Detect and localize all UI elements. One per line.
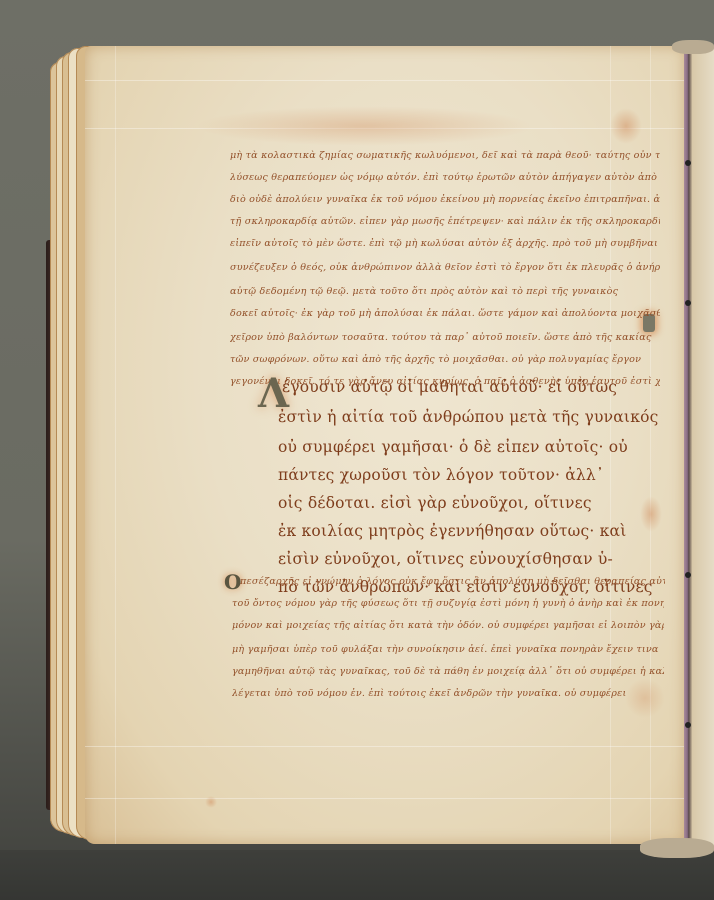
text-line: πεσέζαρχῆς εἰ γνώμην ὁ λόγος οὐκ ἔφη ὅστ… [240, 576, 665, 587]
text-line: δοκεῖ αὐτοῖς· ἐκ γὰρ τοῦ μὴ ἀπολύσαι ἐκ … [230, 308, 660, 319]
text-line: γαμηθῆναι αὐτῷ τὰς γυναῖκας, τοῦ δὲ τὰ π… [232, 666, 664, 677]
text-line: τῶν σωφρόνων. οὕτω καὶ ἀπὸ τῆς ἀρχῆς τὸ … [230, 354, 660, 365]
stain [610, 108, 642, 144]
text-line: πάντες χωροῦσι τὸν λόγον τοῦτον· ἀλλ᾽ [278, 466, 658, 484]
decorated-initial: Ο [224, 570, 241, 594]
facing-page-edge [692, 48, 714, 848]
binding-stitch [685, 722, 691, 728]
ruling-line [85, 746, 685, 747]
text-line: εἰσὶν εὐνοῦχοι, οἵτινες εὐνουχίσθησαν ὑ- [278, 550, 658, 568]
background-shadow [0, 850, 714, 900]
ruling-line [115, 46, 116, 844]
text-line: τῇ σκληροκαρδίᾳ αὐτῶν. εἶπεν γὰρ μωσῆς ἐ… [230, 216, 660, 227]
text-line: διὸ οὐδὲ ἀπολύειν γυναῖκα ἐκ τοῦ νόμου ἐ… [230, 194, 660, 205]
stain [205, 796, 217, 808]
binding-stitch [685, 160, 691, 166]
binding-stitch [685, 300, 691, 306]
text-line: έγουσιν αὐτῷ οἱ μαθηταὶ αὐτοῦ· εἰ οὕτως [282, 378, 662, 396]
text-line: μὴ γαμῆσαι ὑπὲρ τοῦ φυλάξαι τὴν συνοίκησ… [232, 644, 664, 655]
binding-thread [672, 40, 714, 54]
ruling-line [85, 80, 685, 81]
text-line: εἰπεῖν αὐτοῖς τὸ μὲν ὥστε. ἐπὶ τῷ μὴ κωλ… [230, 238, 660, 249]
stain [195, 106, 535, 146]
text-line: λύσεως θεραπεύομεν ὡς νόμῳ αὐτόν. ἐπὶ το… [230, 172, 660, 183]
text-line: συνέζευξεν ὁ θεός, οὐκ ἀνθρώπινον ἀλλὰ θ… [230, 262, 660, 273]
text-line: οἷς δέδοται. εἰσὶ γὰρ εὐνοῦχοι, οἵτινες [278, 494, 658, 512]
text-line: μὴ τὰ κολαστικὰ ζημίας σωματικῆς κωλυόμε… [230, 150, 660, 161]
binding-thread [640, 838, 714, 858]
text-line: τοῦ ὄντος νόμου γὰρ τῆς φύσεως ὅτι τῇ συ… [232, 598, 664, 609]
text-line: χεῖρον ὑπὸ βαλόντων τοσαῦτα. τούτου τὰ π… [230, 332, 660, 343]
text-line: αὐτῷ δεδομένη τῷ θεῷ. μετὰ τοῦτο ὅτι πρὸ… [230, 286, 660, 297]
text-line: ἐστὶν ἡ αἰτία τοῦ ἀνθρώπου μετὰ τῆς γυνα… [278, 408, 658, 426]
text-line: οὐ συμφέρει γαμῆσαι· ὁ δὲ εἶπεν αὐτοῖς· … [278, 438, 658, 456]
text-line: μόνον καὶ μοιχείας τῆς αἰτίας ὅτι κατὰ τ… [232, 620, 664, 631]
text-line: ἐκ κοιλίας μητρὸς ἐγεννήθησαν οὕτως· καὶ [278, 522, 658, 540]
ruling-line [85, 798, 685, 799]
binding-stitch [685, 572, 691, 578]
text-line: λέγεται ὑπὸ τοῦ νόμου ἐν. ἐπὶ τούτοις ἐκ… [232, 688, 664, 699]
